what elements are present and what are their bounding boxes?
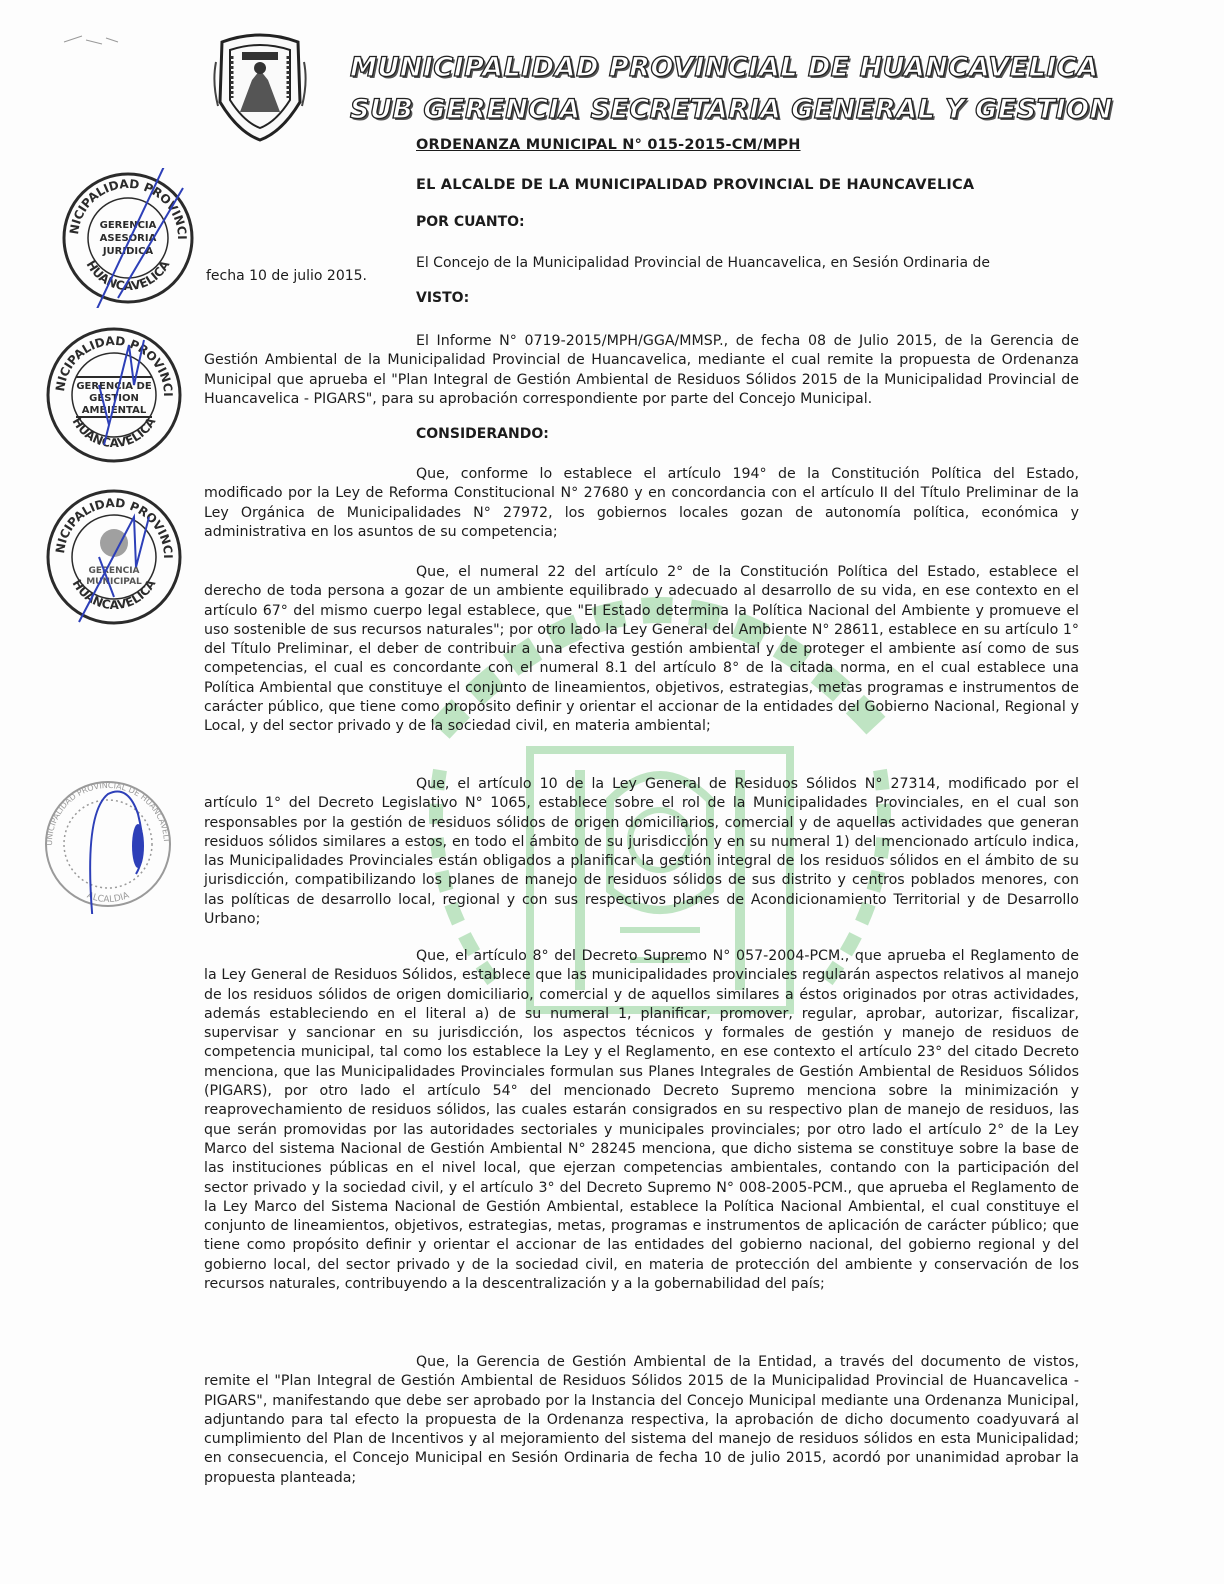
header-department-name: SUB GERENCIA SECRETARIA GENERAL Y GESTIO… (350, 94, 1113, 125)
stamp-gerencia-municipal: MUNICIPALIDAD PROVINCIAL HUANCAVELICA GE… (44, 487, 184, 627)
stamp-alcaldia: MUNICIPALIDAD PROVINCIAL DE HUANCAVELICA… (38, 774, 178, 914)
por-cuanto-heading: POR CUANTO: (416, 214, 525, 230)
svg-text:GERENCIA: GERENCIA (100, 220, 157, 231)
svg-text:MUNICIPAL: MUNICIPAL (86, 577, 142, 587)
municipal-crest-logo (212, 32, 308, 142)
scan-mark (62, 30, 122, 50)
considerando-paragraph: Que, el artículo 8° del Decreto Supremo … (204, 947, 1079, 1294)
visto-heading: VISTO: (416, 290, 469, 306)
header-municipality-name: MUNICIPALIDAD PROVINCIAL DE HUANCAVELICA (350, 52, 1099, 83)
svg-text:GERENCIA: GERENCIA (88, 566, 139, 576)
visto-paragraph: El Informe N° 0719-2015/MPH/GGA/MMSP., d… (204, 332, 1079, 409)
por-cuanto-date: fecha 10 de julio 2015. (206, 268, 367, 284)
considerando-heading: CONSIDERANDO: (416, 426, 549, 442)
considerando-paragraph: Que, la Gerencia de Gestión Ambiental de… (204, 1353, 1079, 1488)
svg-text:HUANCAVELICA: HUANCAVELICA (84, 257, 173, 293)
svg-text:HUANCAVELICA: HUANCAVELICA (70, 414, 159, 450)
considerando-paragraph: Que, el numeral 22 del artículo 2° de la… (204, 563, 1079, 737)
green-seal-watermark (380, 470, 940, 1030)
stamp-asesoria-juridica: MUNICIPALIDAD PROVINCIAL HUANCAVELICA GE… (58, 168, 198, 308)
document-page: MUNICIPALIDAD PROVINCIAL DE HUANCAVELICA… (0, 0, 1224, 1584)
por-cuanto-text: El Concejo de la Municipalidad Provincia… (416, 255, 1082, 271)
stamp-gestion-ambiental: MUNICIPALIDAD PROVINCIAL HUANCAVELICA GE… (44, 325, 184, 465)
considerando-paragraph: Que, el artículo 10 de la Ley General de… (204, 775, 1079, 929)
ordinance-title: ORDENANZA MUNICIPAL N° 015-2015-CM/MPH (416, 137, 801, 153)
svg-text:GERENCIA DE: GERENCIA DE (76, 381, 152, 392)
considerando-paragraph: Que, conforme lo establece el artículo 1… (204, 465, 1079, 542)
issuer-heading: EL ALCALDE DE LA MUNICIPALIDAD PROVINCIA… (416, 177, 974, 193)
